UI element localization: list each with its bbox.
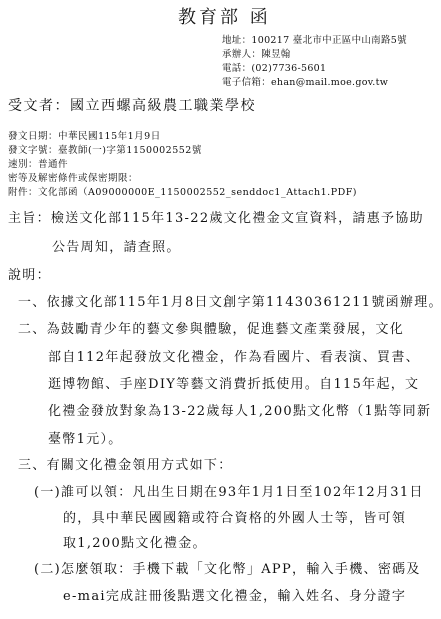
explanation-item-2-line-2: 部自112年起發放文化禮金，作為看國片、看表演、買書、	[48, 346, 420, 365]
contact-address: 地址：100217 臺北市中正區中山南路5號	[222, 32, 407, 46]
meta-speed: 速別：普通件	[8, 156, 68, 170]
explanation-item-3: 三、有關文化禮金領用方式如下：	[18, 454, 233, 473]
explanation-item-1: 一、依據文化部115年1月8日文創字第11430361211號函辦理。	[18, 291, 441, 310]
explanation-item-2-line-3: 逛博物館、手座DIY等藝文消費折抵使用。自115年起，文	[48, 373, 419, 392]
meta-attachment[interactable]: 附件：文化部函（A09000000E_1150002552_senddoc1_A…	[8, 184, 357, 198]
sub-item-2-line-2: e-mai完成註冊後點選文化禮金，輸入姓名、身分證字	[63, 585, 406, 604]
sub-item-2-line-1: (二)怎麼領取：手機下載「文化幣」APP，輸入手機、密碼及	[34, 558, 421, 577]
explanation-heading: 說明：	[8, 264, 51, 283]
sub-item-1-line-1: (一)誰可以領：凡出生日期在93年1月1日至102年12月31日	[34, 481, 424, 500]
contact-phone: 電話：(02)7736-5601	[222, 60, 326, 74]
contact-person: 承辦人：陳昱翰	[222, 46, 291, 60]
explanation-item-2-line-4: 化禮金發放對象為13-22歲每人1,200點文化幣（1點等同新	[48, 400, 431, 419]
sub-item-1-line-3: 取1,200點文化禮金。	[63, 532, 207, 551]
meta-secrecy: 密等及解密條件或保密期限：	[8, 170, 138, 184]
explanation-item-2-line-5: 臺幣1元）。	[48, 428, 123, 447]
explanation-item-2-line-1: 二、為鼓勵青少年的藝文參與體驗，促進藝文產業發展，文化	[18, 318, 404, 337]
recipient: 受文者：國立西螺高級農工職業學校	[8, 95, 256, 115]
subject-line-2: 公告周知，請查照。	[52, 236, 181, 255]
document-title: 教育部 函	[178, 3, 271, 29]
meta-date: 發文日期：中華民國115年1月9日	[8, 128, 161, 142]
subject-line-1: 主旨：檢送文化部115年13-22歲文化禮金文宣資料，請惠予協助	[8, 207, 424, 226]
sub-item-1-line-2: 的，具中華民國國籍或符合資格的外國人士等，皆可領	[63, 507, 406, 526]
meta-number: 發文字號：臺教師(一)字第1150002552號	[8, 142, 202, 156]
contact-email: 電子信箱：ehan@mail.moe.gov.tw	[222, 74, 388, 88]
